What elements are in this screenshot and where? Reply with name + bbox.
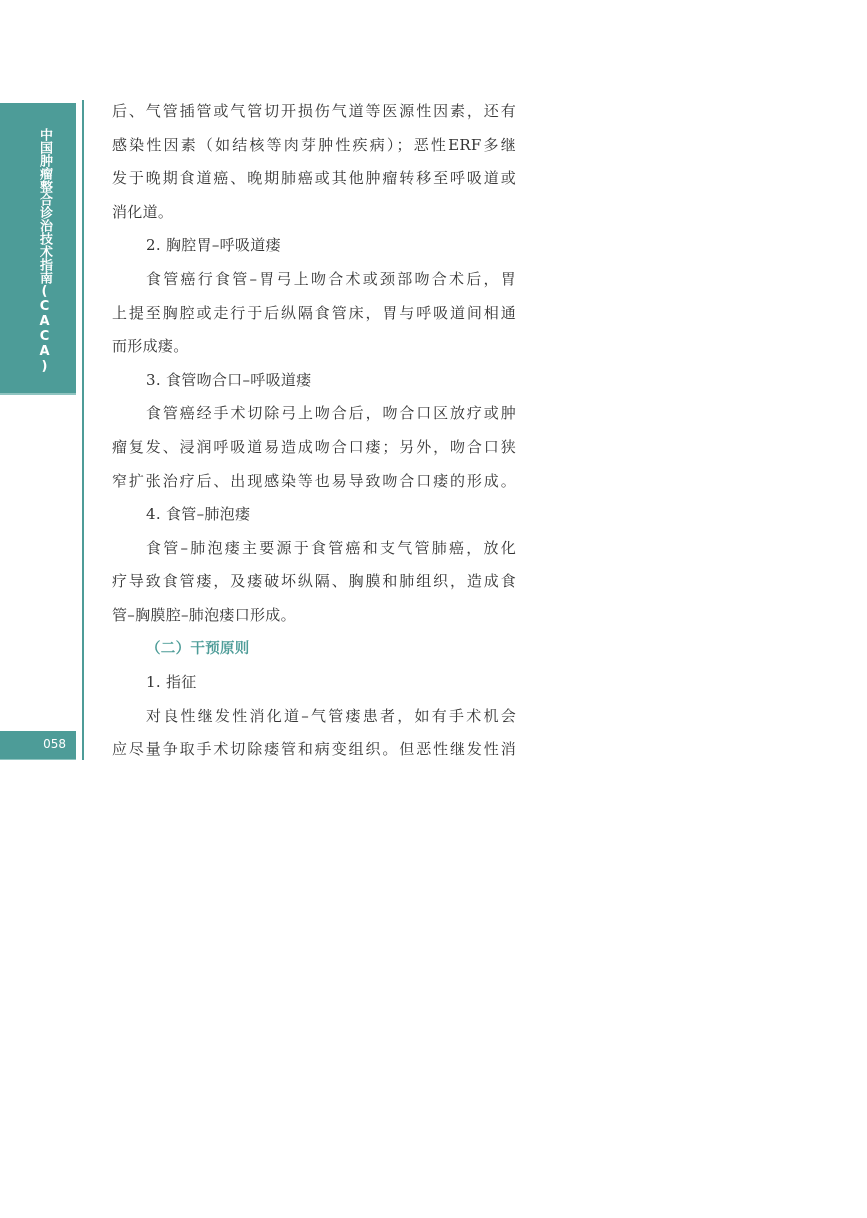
text-line: 食管–肺泡瘘主要源于食管癌和支气管肺癌，放化 bbox=[112, 532, 516, 566]
text-line: 后、气管插管或气管切开损伤气道等医源性因素，还有 bbox=[112, 95, 516, 129]
text-line: 应尽量争取手术切除瘘管和病变组织。但恶性继发性消 bbox=[112, 733, 516, 767]
page-number-tab: 058 bbox=[0, 731, 76, 760]
text-line: 管–胸膜腔–肺泡瘘口形成。 bbox=[112, 599, 516, 633]
subheading: 3. 食管吻合口–呼吸道瘘 bbox=[112, 364, 516, 398]
section-heading: （二）干预原则 bbox=[112, 633, 516, 667]
text-line: 消化道。 bbox=[112, 196, 516, 230]
subheading: 1. 指征 bbox=[112, 666, 516, 700]
page-number: 058 bbox=[43, 737, 66, 751]
subheading: 4. 食管–肺泡瘘 bbox=[112, 498, 516, 532]
text-line: 对良性继发性消化道–气管瘘患者，如有手术机会 bbox=[112, 700, 516, 734]
body-text: 后、气管插管或气管切开损伤气道等医源性因素，还有 感染性因素（如结核等肉芽肿性疾… bbox=[112, 95, 516, 767]
text-line: 而形成瘘。 bbox=[112, 330, 516, 364]
text-line: 食管癌经手术切除弓上吻合后，吻合口区放疗或肿 bbox=[112, 397, 516, 431]
text-line: 发于晚期食道癌、晚期肺癌或其他肿瘤转移至呼吸道或 bbox=[112, 162, 516, 196]
margin-rule bbox=[82, 100, 84, 760]
text-line: 瘤复发、浸润呼吸道易造成吻合口瘘；另外，吻合口狭 bbox=[112, 431, 516, 465]
text-line: 疗导致食管瘘，及瘘破坏纵隔、胸膜和肺组织，造成食 bbox=[112, 565, 516, 599]
subheading: 2. 胸腔胃–呼吸道瘘 bbox=[112, 229, 516, 263]
book-title-vertical: 中国肿瘤整合诊治技术指南(CACA) bbox=[36, 128, 52, 374]
text-line: 上提至胸腔或走行于后纵隔食管床，胃与呼吸道间相通 bbox=[112, 297, 516, 331]
text-line: 窄扩张治疗后、出现感染等也易导致吻合口瘘的形成。 bbox=[112, 465, 516, 499]
text-line: 食管癌行食管–胃弓上吻合术或颈部吻合术后，胃 bbox=[112, 263, 516, 297]
text-line: 感染性因素（如结核等肉芽肿性疾病）；恶性ERF多继 bbox=[112, 129, 516, 163]
